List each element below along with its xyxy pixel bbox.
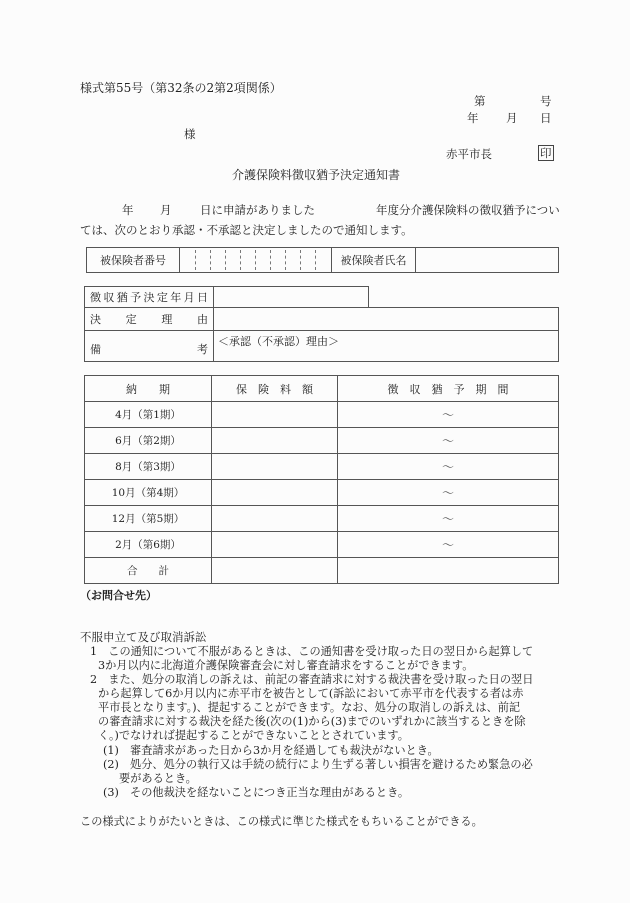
decision-date-field[interactable] [214,287,369,308]
appeal-line: (1) 審査請求があった日から3か月を経過しても裁決がないとき。 [103,744,439,759]
deferral-cell[interactable]: ～ [338,402,559,428]
label-char: 決 [90,311,101,327]
label-char: 徴 [90,289,101,305]
deferral-cell[interactable]: ～ [338,506,559,532]
header-deferral-period: 徴 収 猶 予 期 間 [338,376,559,402]
label-char: 定 [157,289,168,305]
deferral-cell[interactable]: ～ [338,532,559,558]
label-char: 由 [197,311,208,327]
table-row: 2月（第6期） ～ [85,532,559,558]
appeal-title: 不服申立て及び取消訴訟 [80,630,207,644]
amount-cell[interactable] [212,532,338,558]
table-row: 12月（第5期） ～ [85,506,559,532]
table-row: 10月（第4期） ～ [85,480,559,506]
decision-date-label: 徴収猶予決定年月日 [85,287,214,308]
total-amount-cell[interactable] [212,558,338,584]
decision-date-table: 徴収猶予決定年月日 [84,286,369,308]
insured-name-field[interactable] [416,248,559,273]
amount-cell[interactable] [212,480,338,506]
deferral-cell[interactable]: ～ [338,454,559,480]
intro-line-2: ては、次のとおり承認・不承認と決定しましたので通知します。 [80,223,413,237]
date-month: 月 [506,111,518,125]
period-cell: 12月（第5期） [85,506,212,532]
label-char: 日 [197,289,208,305]
label-char: 年 [170,289,181,305]
label-char: 猶 [117,289,128,305]
period-cell: 8月（第3期） [85,454,212,480]
document-title: 介護保険料徴収猶予決定通知書 [232,166,400,183]
header-payment-period: 納 期 [85,376,212,402]
total-deferral-cell[interactable] [338,558,559,584]
contact-label: （お問合せ先） [80,587,157,603]
intro-year: 年 [122,203,134,217]
appeal-line: く。)でなければ提起することができないこととされています。 [98,729,409,744]
period-cell: 4月（第1期） [85,402,212,428]
label-char: 理 [161,311,172,327]
appeal-footer: この様式によりがたいときは、この様式に準じた様式をもちいることができる。 [80,815,483,830]
table-row: 6月（第2期） ～ [85,428,559,454]
addressee: 様 [184,127,196,141]
label-char: 予 [130,289,141,305]
doc-number-prefix: 第 [474,94,486,108]
period-cell: 2月（第6期） [85,532,212,558]
appeal-line: 3か月以内に北海道介護保険審査会に対し審査請求をすることができます。 [98,659,473,674]
remarks-label: 備考 [85,331,214,362]
intro-day-text: 日に申請がありました [200,203,315,217]
form-number: 様式第55号（第32条の2第2項関係） [80,79,282,96]
intro-fiscal-text: 年度分介護保険料の徴収猶予につい [376,203,560,217]
appeal-line: の審査請求に対する裁決を経た後(次の(1)から(3)までのいずれかに該当するとき… [98,715,526,730]
appeal-line: 1 この通知について不服があるときは、この通知書を受け取った日の翌日から起算して [90,645,533,660]
intro-line-1: 年 月 日に申請がありました 年度分介護保険料の徴収猶予につい [122,203,562,217]
header-premium-amount: 保 険 料 額 [212,376,338,402]
label-char: 月 [184,289,195,305]
date-day: 日 [540,111,552,125]
appeal-line: (3) その他裁決を経ないことにつき正当な理由があるとき。 [103,786,409,801]
total-row: 合 計 [85,558,559,584]
appeal-line: から起算して6か月以内に赤平市を被告として(訴訟において赤平市を代表する者は赤 [98,687,523,702]
table-row: 8月（第3期） ～ [85,454,559,480]
decision-table: 決定理由 備考 ＜承認（不承認）理由＞ [84,307,559,362]
label-char: 備 [90,341,101,357]
table-row: 4月（第1期） ～ [85,402,559,428]
insured-number-field[interactable] [180,248,332,273]
deferral-cell[interactable]: ～ [338,428,559,454]
payment-table: 納 期 保 険 料 額 徴 収 猶 予 期 間 4月（第1期） ～ 6月（第2期… [84,375,559,584]
appeal-line: 2 また、処分の取消しの訴えは、前記の審査請求に対する裁決書を受け取った日の翌日 [90,673,533,688]
insured-number-label: 被保険者番号 [87,248,180,273]
label-char: 考 [197,341,208,357]
decision-reason-field[interactable] [214,308,559,331]
appeal-line: 平市長となります。)、提起することができます。なお、処分の取消しの訴えは、前記 [98,701,520,716]
payment-header-row: 納 期 保 険 料 額 徴 収 猶 予 期 間 [85,376,559,402]
date-year: 年 [467,111,479,125]
issuer: 赤平市長 [446,147,492,161]
label-char: 収 [103,289,114,305]
insured-table: 被保険者番号 被保険者氏名 [86,247,559,273]
amount-cell[interactable] [212,506,338,532]
appeal-line: (2) 処分、処分の執行又は手続の続行により生ずる著しい損害を避けるため緊急の必 [103,758,533,773]
deferral-cell[interactable]: ～ [338,480,559,506]
insured-name-label: 被保険者氏名 [332,248,416,273]
amount-cell[interactable] [212,402,338,428]
label-char: 定 [126,311,137,327]
decision-reason-label: 決定理由 [85,308,214,331]
period-cell: 6月（第2期） [85,428,212,454]
remarks-field[interactable]: ＜承認（不承認）理由＞ [214,331,559,362]
amount-cell[interactable] [212,428,338,454]
doc-number-suffix: 号 [540,94,552,108]
label-char: 決 [144,289,155,305]
appeal-line: 要があるとき。 [119,772,197,787]
amount-cell[interactable] [212,454,338,480]
total-label: 合 計 [85,558,212,584]
period-cell: 10月（第4期） [85,480,212,506]
seal-icon: 印 [538,145,554,161]
intro-month: 月 [160,203,172,217]
